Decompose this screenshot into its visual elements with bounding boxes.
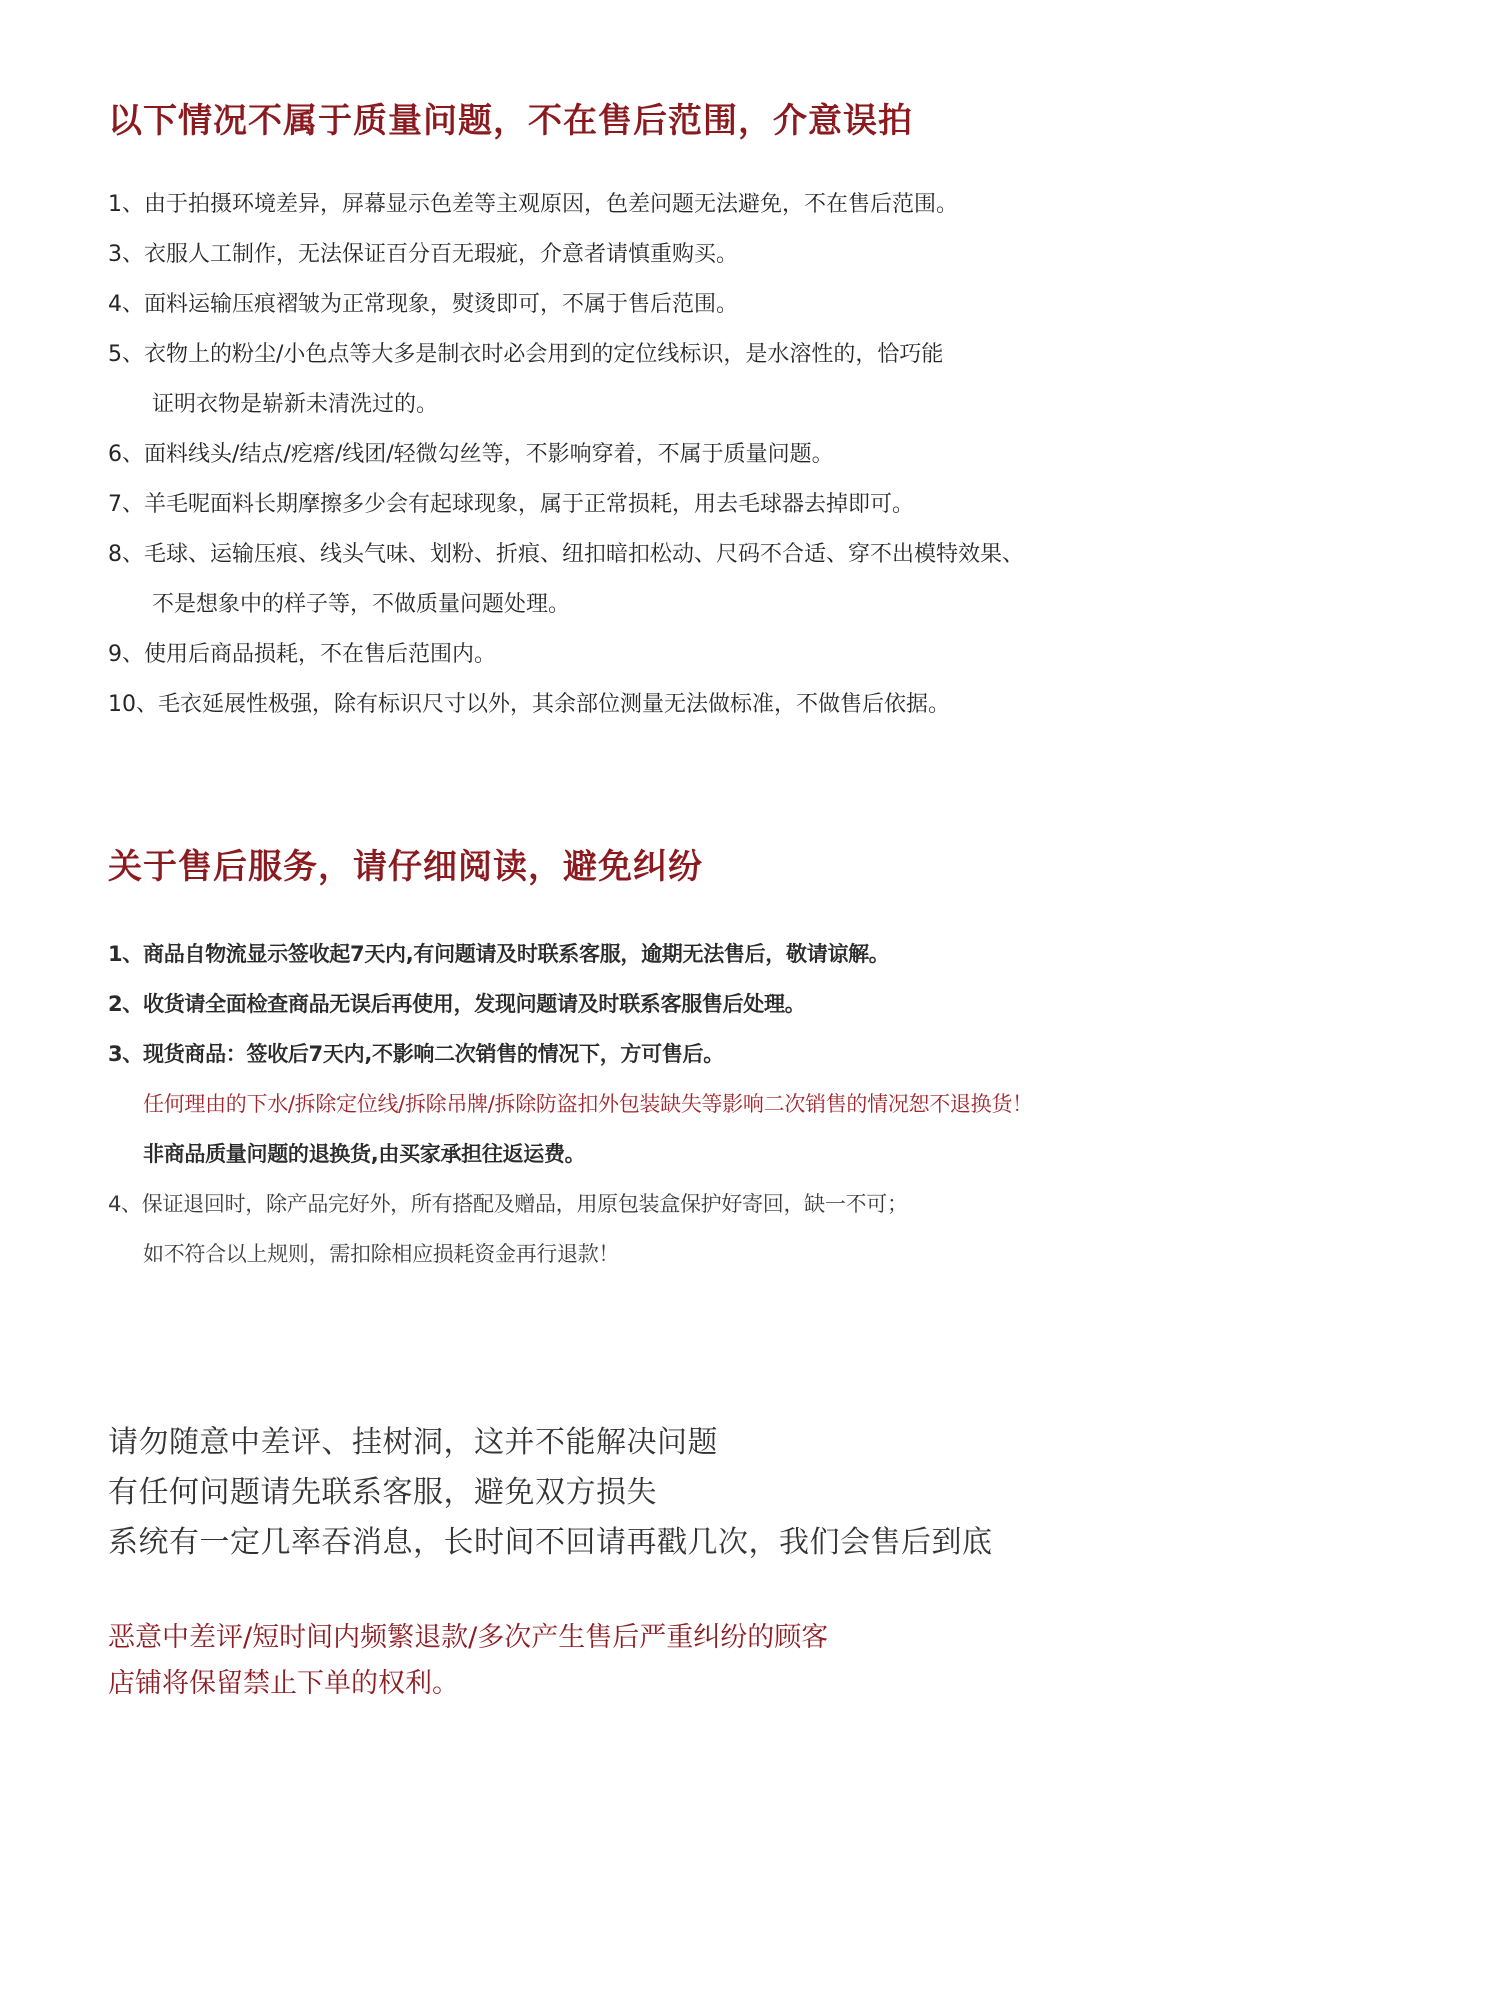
- warning-line: 恶意中差评/短时间内频繁退款/多次产生售后严重纠纷的顾客: [108, 1624, 828, 1651]
- list-item-continuation: 不是想象中的样子等，不做质量问题处理。: [152, 594, 570, 616]
- list-item-continuation: 非商品质量问题的退换货,由买家承担往返运费。: [143, 1144, 585, 1165]
- list-item: 1、由于拍摄环境差异，屏幕显示色差等主观原因，色差问题无法避免，不在售后范围。: [108, 194, 958, 216]
- list-item: 6、面料线头/结点/疙瘩/线团/轻微勾丝等，不影响穿着，不属于质量问题。: [108, 444, 834, 466]
- list-item: 7、羊毛呢面料长期摩擦多少会有起球现象，属于正常损耗，用去毛球器去掉即可。: [108, 494, 914, 516]
- section-title-non-quality-issues: 以下情况不属于质量问题，不在售后范围，介意误拍: [108, 104, 913, 138]
- list-item: 10、毛衣延展性极强，除有标识尺寸以外，其余部位测量无法做标准，不做售后依据。: [108, 694, 950, 716]
- list-item: 3、现货商品：签收后7天内,不影响二次销售的情况下，方可售后。: [108, 1044, 724, 1065]
- list-item-continuation: 证明衣物是崭新未清洗过的。: [152, 394, 438, 416]
- warning-line: 店铺将保留禁止下单的权利。: [108, 1670, 459, 1697]
- list-item: 4、保证退回时，除产品完好外，所有搭配及赠品，用原包装盒保护好寄回，缺一不可；: [108, 1194, 908, 1215]
- list-item: 9、使用后商品损耗，不在售后范围内。: [108, 644, 496, 666]
- notice-line: 有任何问题请先联系客服，避免双方损失: [108, 1478, 657, 1508]
- no-return-warning: 任何理由的下水/拆除定位线/拆除吊牌/拆除防盗扣外包装缺失等影响二次销售的情况恕…: [143, 1094, 1033, 1115]
- section-title-after-sales-service: 关于售后服务，请仔细阅读，避免纠纷: [108, 850, 703, 884]
- list-item: 4、面料运输压痕褶皱为正常现象，熨烫即可，不属于售后范围。: [108, 294, 738, 316]
- list-item: 1、商品自物流显示签收起7天内,有问题请及时联系客服，逾期无法售后，敬请谅解。: [108, 944, 890, 965]
- list-item-continuation: 如不符合以上规则，需扣除相应损耗资金再行退款！: [143, 1244, 619, 1265]
- after-sales-policy-page: 以下情况不属于质量问题，不在售后范围，介意误拍 1、由于拍摄环境差异，屏幕显示色…: [0, 0, 1500, 1998]
- list-item: 2、收货请全面检查商品无误后再使用，发现问题请及时联系客服售后处理。: [108, 994, 805, 1015]
- list-item: 8、毛球、运输压痕、线头气味、划粉、折痕、纽扣暗扣松动、尺码不合适、穿不出模特效…: [108, 544, 1024, 566]
- notice-line: 系统有一定几率吞消息，长时间不回请再戳几次，我们会售后到底: [108, 1528, 993, 1558]
- list-item: 3、衣服人工制作，无法保证百分百无瑕疵，介意者请慎重购买。: [108, 244, 738, 266]
- notice-line: 请勿随意中差评、挂树洞，这并不能解决问题: [108, 1428, 718, 1458]
- list-item: 5、衣物上的粉尘/小色点等大多是制衣时必会用到的定位线标识，是水溶性的，恰巧能: [108, 344, 943, 366]
